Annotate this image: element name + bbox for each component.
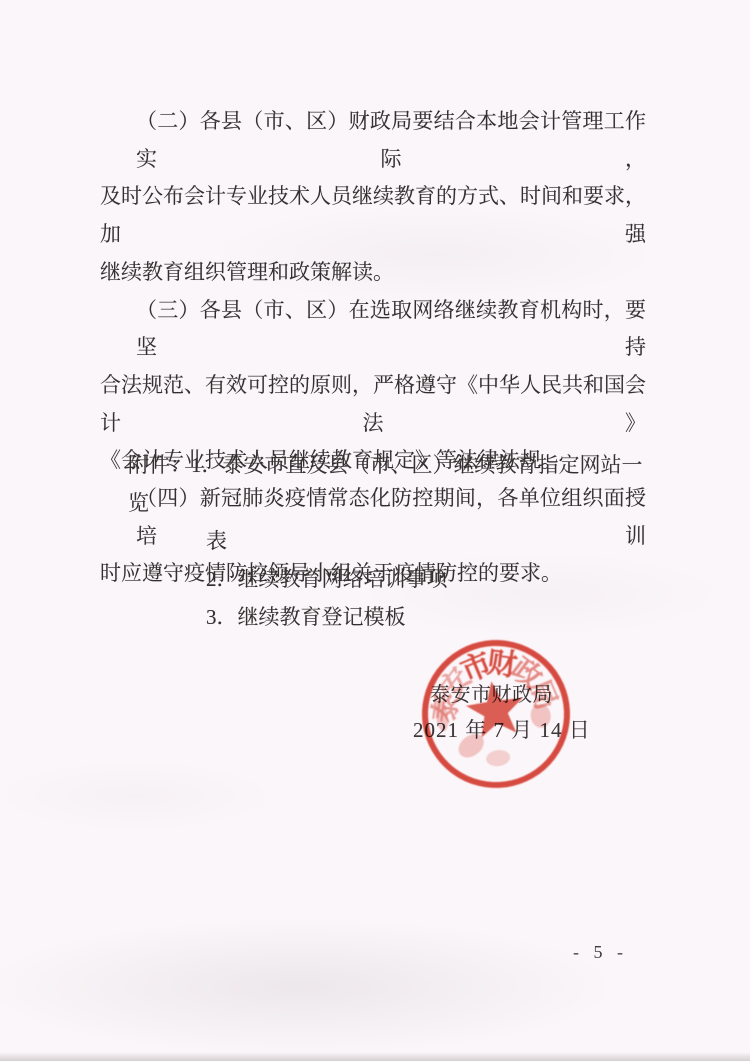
attachment-line: 附件：1．泰安市直及县（市、区）继续教育指定网站一览 xyxy=(100,446,660,522)
attachment-line: 3．继续教育登记模板 xyxy=(100,598,660,636)
attachments-block: 附件：1．泰安市直及县（市、区）继续教育指定网站一览 表 2．继续教育网络培训事… xyxy=(100,446,660,636)
signature-date: 2021 年 7 月 14 日 xyxy=(413,714,591,744)
seal-smudge xyxy=(485,749,511,768)
signature-issuer: 泰安市财政局 xyxy=(430,678,553,707)
document-page: （二）各县（市、区）财政局要结合本地会计管理工作实际， 及时公布会计专业技术人员… xyxy=(0,0,750,1061)
attachment-line: 2．继续教育网络培训事项 xyxy=(100,560,660,598)
paragraph-line: 继续教育组织管理和政策解读。 xyxy=(100,254,646,292)
attachment-line: 表 xyxy=(100,522,660,560)
paragraph-line: （三）各县（市、区）在选取网络继续教育机构时，要坚持 xyxy=(100,292,646,367)
page-number: - 5 - xyxy=(573,942,628,963)
paragraph-line: （二）各县（市、区）财政局要结合本地会计管理工作实际， xyxy=(100,103,646,178)
paragraph-line: 及时公布会计专业技术人员继续教育的方式、时间和要求，加强 xyxy=(100,178,646,253)
paragraph-line: 合法规范、有效可控的原则，严格遵守《中华人民共和国会计法》 xyxy=(100,367,646,442)
